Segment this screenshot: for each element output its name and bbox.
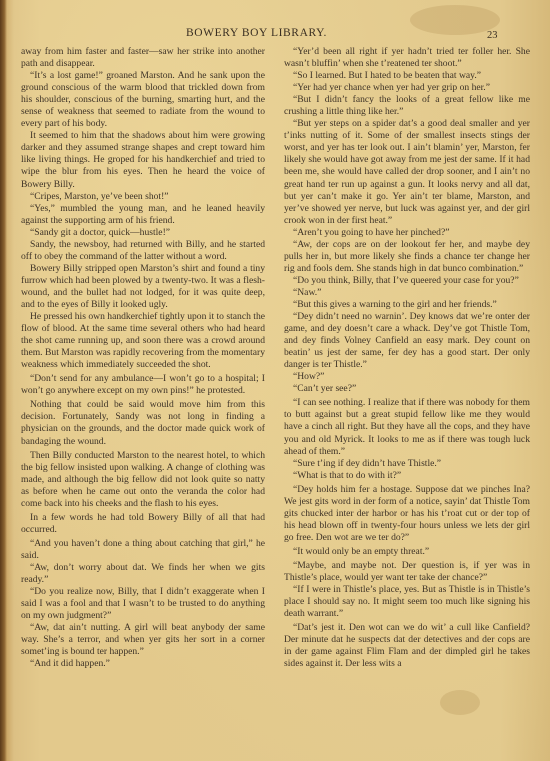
page-number: 23 <box>487 30 498 41</box>
header-title: BOWERY BOY LIBRARY. <box>186 27 327 39</box>
paragraph: “Cripes, Marston, ye’ve been shot!” <box>21 191 265 203</box>
paragraph: “If I were in Thistle’s place, yes. But … <box>284 584 530 620</box>
paragraph: It seemed to him that the shadows about … <box>21 130 265 190</box>
paragraph: “But this gives a warning to the girl an… <box>284 299 530 311</box>
paragraph: “But I didn’t fancy the looks of a great… <box>284 94 530 118</box>
paragraph: “Do you think, Billy, that I’ve queered … <box>284 275 530 287</box>
paragraph: “Yes,” mumbled the young man, and he lea… <box>21 203 265 227</box>
paragraph: “How?” <box>284 371 530 383</box>
paragraph: “It’s a lost game!” groaned Marston. And… <box>21 70 265 130</box>
paragraph: “Dey holds him fer a hostage. Suppose da… <box>284 484 530 544</box>
paragraph: Bowery Billy stripped open Marston’s shi… <box>21 263 265 311</box>
right-column: “Yer’d been all right if yer hadn’t trie… <box>284 46 530 670</box>
paragraph: “Aw, dat ain’t nutting. A girl will beat… <box>21 622 265 658</box>
paragraph: “Yer had yer chance when yer had yer gri… <box>284 82 530 94</box>
paragraph: “I can see nothing. I realize that if th… <box>284 397 530 457</box>
paragraph: He pressed his own handkerchief tightly … <box>21 311 265 371</box>
paragraph: In a few words he had told Bowery Billy … <box>21 512 265 536</box>
left-column: away from him faster and faster—saw her … <box>21 46 265 670</box>
paragraph: “It would only be an empty threat.” <box>284 546 530 558</box>
paragraph: “Naw.” <box>284 287 530 299</box>
paragraph: “Dey didn’t need no warnin’. Dey knows d… <box>284 311 530 371</box>
paragraph: “Maybe, and maybe not. Der question is, … <box>284 560 530 584</box>
paragraph: “What is that to do with it?” <box>284 470 530 482</box>
paragraph: “Aw, der cops are on der lookout fer her… <box>284 239 530 275</box>
running-header: BOWERY BOY LIBRARY. 23 <box>0 27 550 43</box>
paragraph: “Sandy git a doctor, quick—hustle!” <box>21 227 265 239</box>
paragraph: “Aw, don’t worry about dat. We finds her… <box>21 562 265 586</box>
paragraph: “Don’t send for any ambulance—I won’t go… <box>21 373 265 397</box>
paragraph: “And you haven’t done a thing about catc… <box>21 538 265 562</box>
paragraph: Sandy, the newsboy, had returned with Bi… <box>21 239 265 263</box>
paragraph: “Can’t yer see?” <box>284 383 530 395</box>
paragraph: “Yer’d been all right if yer hadn’t trie… <box>284 46 530 70</box>
paragraph: “Dat’s jest it. Den wot can we do wit’ a… <box>284 622 530 670</box>
book-page: BOWERY BOY LIBRARY. 23 away from him fas… <box>0 0 550 761</box>
paragraph: “Sure t’ing if dey didn’t have Thistle.” <box>284 458 530 470</box>
paper-stain <box>440 690 480 715</box>
paragraph: “Do you realize now, Billy, that I didn’… <box>21 586 265 622</box>
paragraph: away from him faster and faster—saw her … <box>21 46 265 70</box>
page-binding-edge <box>0 0 7 761</box>
paragraph: Then Billy conducted Marston to the near… <box>21 450 265 510</box>
paragraph: “And it did happen.” <box>21 658 265 670</box>
paragraph: “So I learned. But I hated to be beaten … <box>284 70 530 82</box>
paragraph: “Aren’t you going to have her pinched?” <box>284 227 530 239</box>
paragraph: Nothing that could be said would move hi… <box>21 399 265 447</box>
paragraph: “But yer steps on a spider dat’s a good … <box>284 118 530 226</box>
